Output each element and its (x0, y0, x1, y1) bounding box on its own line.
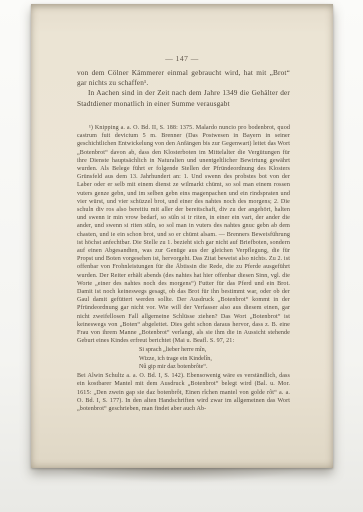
book-scan: — 147 — von dem Cölner Kämmerer einmal g… (0, 0, 363, 512)
page-number: — 147 — (31, 54, 333, 63)
footnote-text-before-verse: ¹) Knipping a. a. O. Bd. II, S. 188: 137… (77, 124, 290, 345)
verse-line: Nû gip mir daz botenbrôte“. (139, 363, 290, 371)
main-paragraph-aachen: In Aachen sind in der Zeit nach dem Jahr… (77, 88, 290, 108)
book-page: — 147 — von dem Cölner Kämmerer einmal g… (31, 4, 333, 468)
verse-quote: Si sprach „lieber herre mîn, Wizze, ich … (139, 346, 290, 371)
footnote-text-after-verse: Bei Alwin Schultz a. a. O. Bd. I, S. 142… (77, 372, 290, 413)
verse-line: Wizze, ich trage ein Kindelîn, (139, 355, 290, 363)
main-text-block: von dem Cölner Kämmerer einmal gebraucht… (77, 68, 290, 109)
main-paragraph-continuation: von dem Cölner Kämmerer einmal gebraucht… (77, 68, 290, 88)
verse-line: Si sprach „lieber herre mîn, (139, 346, 290, 354)
footnote-block: ¹) Knipping a. a. O. Bd. II, S. 188: 137… (77, 124, 290, 413)
